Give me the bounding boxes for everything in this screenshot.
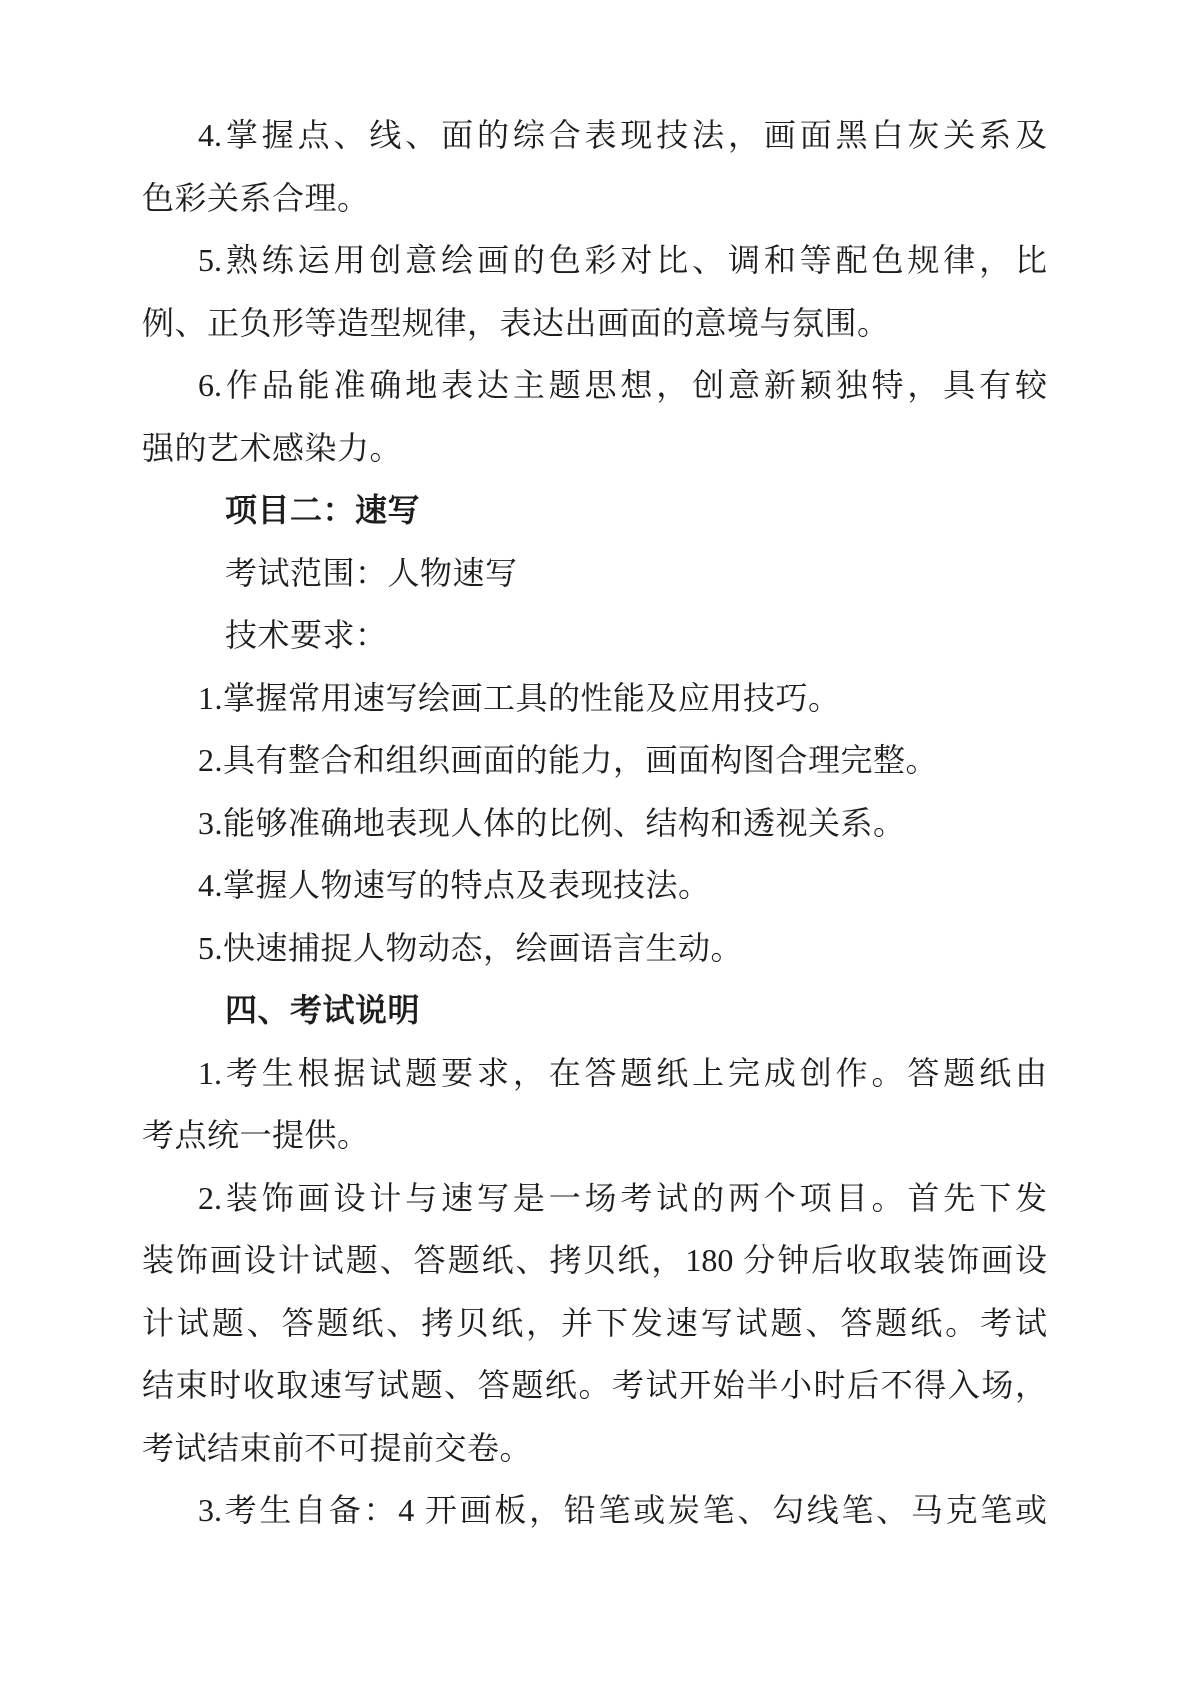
text-line: 1.掌握常用速写绘画工具的性能及应用技巧。 <box>142 667 1047 730</box>
text-line: 3.考生自备：4 开画板，铅笔或炭笔、勾线笔、马克笔或 <box>142 1479 1047 1542</box>
text-line: 例、正负形等造型规律，表达出画面的意境与氛围。 <box>142 292 1047 355</box>
text-line: 装饰画设计试题、答题纸、拷贝纸，180 分钟后收取装饰画设 <box>142 1229 1047 1292</box>
text-line: 2.装饰画设计与速写是一场考试的两个项目。首先下发 <box>142 1167 1047 1230</box>
text-line: 考点统一提供。 <box>142 1104 1047 1167</box>
text-line: 考试范围：人物速写 <box>142 542 1047 605</box>
text-line: 3.能够准确地表现人体的比例、结构和透视关系。 <box>142 792 1047 855</box>
text-line: 1.考生根据试题要求，在答题纸上完成创作。答题纸由 <box>142 1042 1047 1105</box>
text-line: 色彩关系合理。 <box>142 167 1047 230</box>
text-line: 5.快速捕捉人物动态，绘画语言生动。 <box>142 917 1047 980</box>
text-line: 结束时收取速写试题、答题纸。考试开始半小时后不得入场， <box>142 1354 1047 1417</box>
text-line: 四、考试说明 <box>142 979 1047 1042</box>
text-line: 5.熟练运用创意绘画的色彩对比、调和等配色规律，比 <box>142 229 1047 292</box>
document-body: 4.掌握点、线、面的综合表现技法，画面黑白灰关系及色彩关系合理。5.熟练运用创意… <box>142 104 1047 1542</box>
text-line: 考试结束前不可提前交卷。 <box>142 1417 1047 1480</box>
text-line: 强的艺术感染力。 <box>142 417 1047 480</box>
text-line: 计试题、答题纸、拷贝纸，并下发速写试题、答题纸。考试 <box>142 1292 1047 1355</box>
text-line: 2.具有整合和组织画面的能力，画面构图合理完整。 <box>142 729 1047 792</box>
text-line: 技术要求： <box>142 604 1047 667</box>
text-line: 6.作品能准确地表达主题思想，创意新颖独特，具有较 <box>142 354 1047 417</box>
text-line: 4.掌握点、线、面的综合表现技法，画面黑白灰关系及 <box>142 104 1047 167</box>
text-line: 4.掌握人物速写的特点及表现技法。 <box>142 854 1047 917</box>
document-page: 4.掌握点、线、面的综合表现技法，画面黑白灰关系及色彩关系合理。5.熟练运用创意… <box>0 0 1189 1683</box>
text-line: 项目二：速写 <box>142 479 1047 542</box>
